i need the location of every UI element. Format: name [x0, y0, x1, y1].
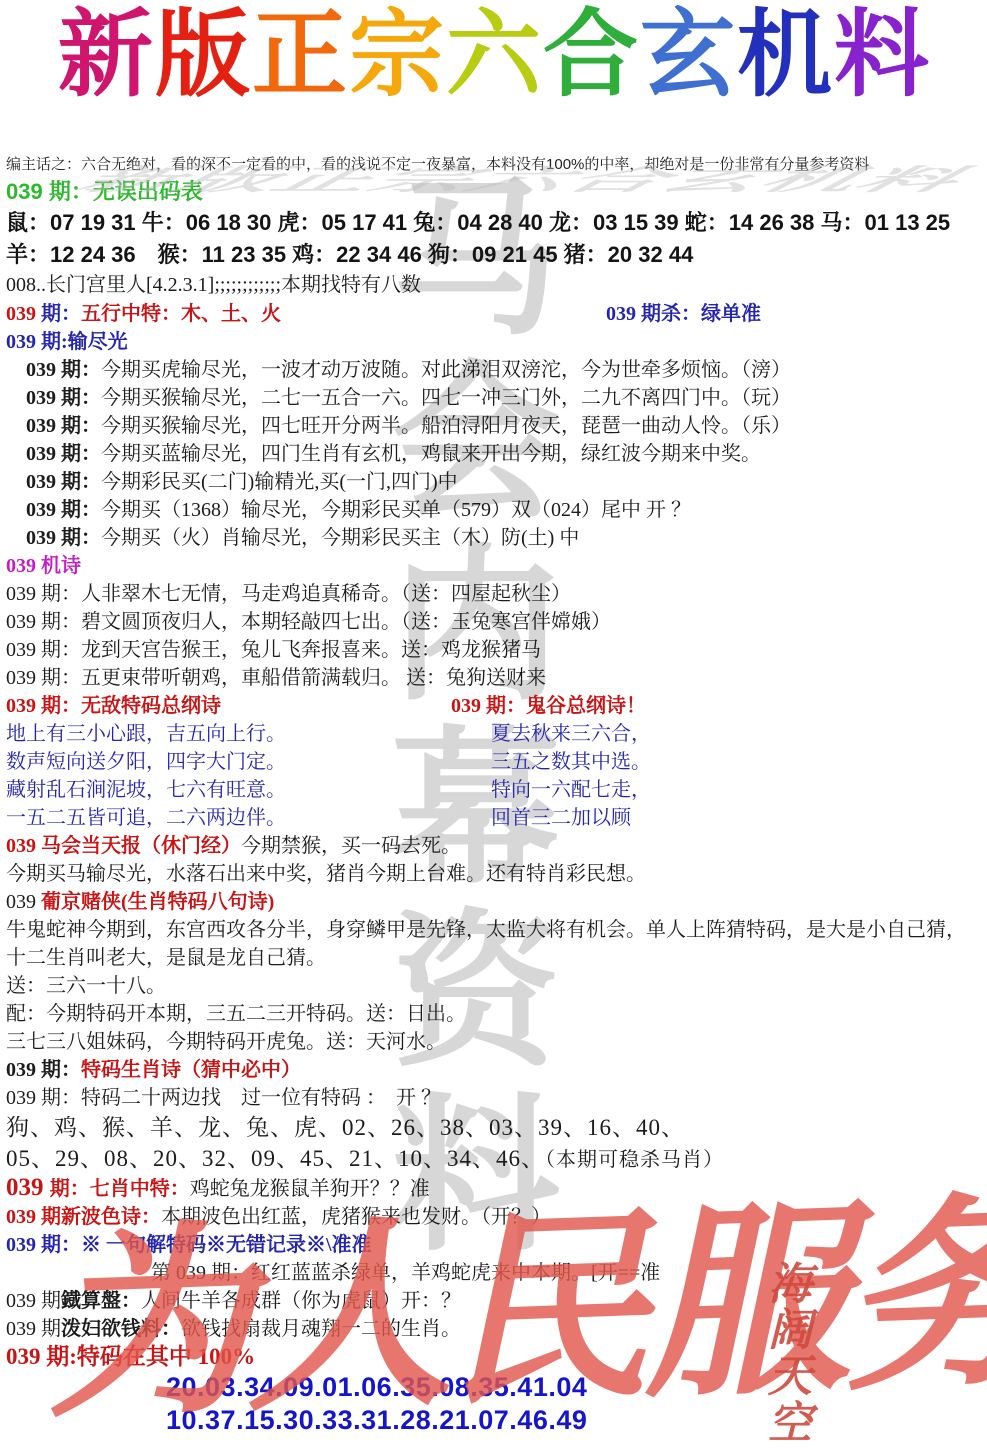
wuxing-line: 039 期：五行中特：木、土、火 [6, 300, 606, 328]
poem-line: 回首三二加以顾 [451, 804, 983, 832]
line-text: 今期买猴输尽光，四七旺开分两半。船泊浔阳月夜天，琵琶一曲动人怜。（乐） [101, 415, 791, 437]
shengxiao-row-1: 狗、鸡、猴、羊、龙、兔、虎、02、26、38、03、39、16、40、 [6, 1112, 983, 1143]
pujing-line: 配：今期特码开本期，三五二三开特码。送：日出。 [6, 1000, 983, 1028]
poem-line: 地上有三小心跟，吉五向上行。 [6, 720, 451, 748]
line-text: 碧文圆顶夜归人，本期轻敲四七出。（送：玉兔寒宫伴嫦娥） [81, 611, 611, 633]
line-prefix: 039 期： [26, 387, 101, 409]
jishi-line: 039 期：碧文圆顶夜归人，本期轻敲四七出。（送：玉兔寒宫伴嫦娥） [6, 608, 983, 636]
page: 马会内幕资料 新版正宗六合玄机料 新版正宗六合玄机料 编主话之：六合无绝对，看的… [0, 0, 987, 1448]
zongang-left-header: 039 期：无敌特码总纲诗 [6, 692, 451, 720]
line-text: 五更束带听朝鸡，車船借箭满载归。 送：兔狗送财来 [81, 667, 546, 689]
row2-note: （本期可稳杀马肖） [545, 1149, 724, 1171]
zongang-right-header: 039 期：鬼谷总纲诗！ [451, 692, 983, 720]
zongang-body: 地上有三小心跟，吉五向上行。 数声短向送夕阳，四字大门定。 藏射乱石涧泥坡，七六… [6, 720, 983, 832]
line-text: 今期彩民买(二门)输精光,买(一门,四门)中 [101, 471, 458, 493]
mahui-line: 039 马会当天报（休门经）今期禁猴，买一码去死。 [6, 832, 983, 860]
zongang-right-lines: 夏去秋来三六合， 三五之数其中选。 特向一六配七走， 回首三二加以顾 [451, 720, 983, 832]
title-shadow: 新版正宗六合玄机料 [6, 157, 987, 198]
wuxing-row: 039 期：五行中特：木、土、火 039 期杀：绿单准 [6, 300, 983, 328]
wuxing-issue: 039 [6, 303, 41, 325]
shujin-line: 039 期：今期买（火）肖输尽光，今期彩民买主（木）防(土) 中 [26, 524, 983, 552]
code-row-1: 鼠：07 19 31 牛：06 18 30 虎：05 17 41 兔：04 28… [6, 207, 983, 239]
shengxiao-title: 特码生肖诗（猜中必中） [81, 1059, 301, 1081]
line-prefix: 039 期： [26, 443, 101, 465]
shengxiao-header: 039 期：特码生肖诗（猜中必中） [6, 1056, 983, 1084]
shujin-line: 039 期：今期彩民买(二门)输精光,买(一门,四门)中 [26, 468, 983, 496]
poem-line: 数声短向送夕阳，四字大门定。 [6, 748, 451, 776]
pujing-line: 牛鬼蛇神今期到，东宫西攻各分半，身穿鳞甲是先锋，太监大将有机会。单人上阵猜特码，… [6, 916, 983, 944]
sha-line: 039 期杀：绿单准 [606, 300, 761, 328]
zongang-headers: 039 期：无敌特码总纲诗 039 期：鬼谷总纲诗！ [6, 692, 983, 720]
code-note: 008..长门宫里人[4.2.3.1];;;;;;;;;;;;本期找特有八数 [6, 271, 983, 300]
poem-line: 夏去秋来三六合， [451, 720, 983, 748]
zongang-left-lines: 地上有三小心跟，吉五向上行。 数声短向送夕阳，四字大门定。 藏射乱石涧泥坡，七六… [6, 720, 451, 832]
line-text: 今期买猴输尽光，二七一五合一六。四七一冲三门外，二九不离四门中。（玩） [101, 387, 791, 409]
jishi-line: 039 期：龙到天宫告猴王，兔儿飞奔报喜来。送：鸡龙猴猪马 [6, 636, 983, 664]
mahui-label: 039 马会当天报（休门经） [6, 835, 241, 857]
shujin-line: 039 期：今期买猴输尽光，二七一五合一六。四七一冲三门外，二九不离四门中。（玩… [26, 384, 983, 412]
page-title: 新版正宗六合玄机料 [6, 2, 983, 108]
right-red-motto: 海阔天空 [768, 1262, 812, 1447]
jishi-header: 039 机诗 [6, 552, 983, 580]
line-prefix: 039 期： [6, 583, 81, 605]
wuxing-text: 五行中特：木、土、火 [81, 303, 281, 325]
jishi-line: 039 期：人非翠木七无情，马走鸡追真稀奇。（送：四屋起秋尘） [6, 580, 983, 608]
line-prefix: 039 期： [26, 527, 101, 549]
line-prefix: 039 期： [6, 639, 81, 661]
pujing-line: 三七三八姐妹码，今期特码开虎兔。送：天河水。 [6, 1028, 983, 1056]
shengxiao-issue: 039 期： [6, 1059, 81, 1081]
line-text: 今期买（火）肖输尽光，今期彩民买主（木）防(土) 中 [101, 527, 579, 549]
mahui-text: 今期禁猴，买一码去死。 [241, 835, 461, 857]
line-prefix: 039 期： [6, 611, 81, 633]
pujing-line: 十二生肖叫老大，是鼠是龙自己猜。 [6, 944, 983, 972]
line-text: 龙到天宫告猴王，兔儿飞奔报喜来。送：鸡龙猴猪马 [81, 639, 541, 661]
poem-line: 一五二五皆可追，二六两边伴。 [6, 804, 451, 832]
line-text: 今期买（1368）输尽光，今期彩民买单（579）双（024）尾中 开 ？ [101, 499, 691, 521]
line-text: 人非翠木七无情，马走鸡追真稀奇。（送：四屋起秋尘） [81, 583, 571, 605]
pujing-line: 送：三六一十八。 [6, 972, 983, 1000]
pujing-header: 039 葡京赌侠(生肖特码八句诗) [6, 888, 983, 916]
shujin-header: 039 期:输尽光 [6, 328, 983, 356]
line-prefix: 039 期： [26, 415, 101, 437]
title-block: 新版正宗六合玄机料 新版正宗六合玄机料 [6, 2, 983, 150]
bottom-red-calligraphy: 为人民服务 [43, 1191, 987, 1431]
shengxiao-find-line: 039 期：特码二十两边找 过一位有特码 ： 开 ？ [6, 1084, 983, 1112]
line-prefix: 039 期： [26, 359, 101, 381]
line-prefix: 039 期： [6, 667, 81, 689]
poem-line: 藏射乱石涧泥坡，七六有旺意。 [6, 776, 451, 804]
code-row-2: 羊：12 24 36 猴：11 23 35 鸡：22 34 46 狗：09 21… [6, 239, 983, 271]
poem-line: 三五之数其中选。 [451, 748, 983, 776]
shujin-line: 039 期：今期买（1368）输尽光，今期彩民买单（579）双（024）尾中 开… [26, 496, 983, 524]
pujing-issue: 039 [6, 891, 41, 913]
jishi-line: 039 期：五更束带听朝鸡，車船借箭满载归。 送：兔狗送财来 [6, 664, 983, 692]
line-prefix: 039 期： [26, 499, 101, 521]
qixiao-label: 期：七肖中特： [50, 1178, 190, 1200]
line-text: 今期买蓝输尽光，四门生肖有玄机，鸡鼠来开出今期，绿红波今期来中奖。 [101, 443, 761, 465]
shujin-line: 039 期：今期买蓝输尽光，四门生肖有玄机，鸡鼠来开出今期，绿红波今期来中奖。 [26, 440, 983, 468]
mahui-line-2: 今期买马输尽光，水落石出来中奖，猪肖今期上台难。还有特肖彩民想。 [6, 860, 983, 888]
wuxing-qi: 期： [41, 303, 81, 325]
line-prefix: 039 期： [26, 471, 101, 493]
line-text: 今期买虎输尽光，一波才动万波随。对此涕泪双滂沱，今为世牵多烦恼。（滂） [101, 359, 791, 381]
pujing-title: 葡京赌侠(生肖特码八句诗) [41, 891, 274, 913]
shujin-line: 039 期：今期买虎输尽光，一波才动万波随。对此涕泪双滂沱，今为世牵多烦恼。（滂… [26, 356, 983, 384]
row2-values: 05、29、08、20、32、09、45、21、10、34、46、 [6, 1146, 545, 1171]
poem-line: 特向一六配七走， [451, 776, 983, 804]
shujin-line: 039 期：今期买猴输尽光，四七旺开分两半。船泊浔阳月夜天，琵琶一曲动人怜。（乐… [26, 412, 983, 440]
qixiao-issue: 039 [6, 1174, 50, 1201]
shengxiao-row-2: 05、29、08、20、32、09、45、21、10、34、46、（本期可稳杀马… [6, 1143, 983, 1174]
